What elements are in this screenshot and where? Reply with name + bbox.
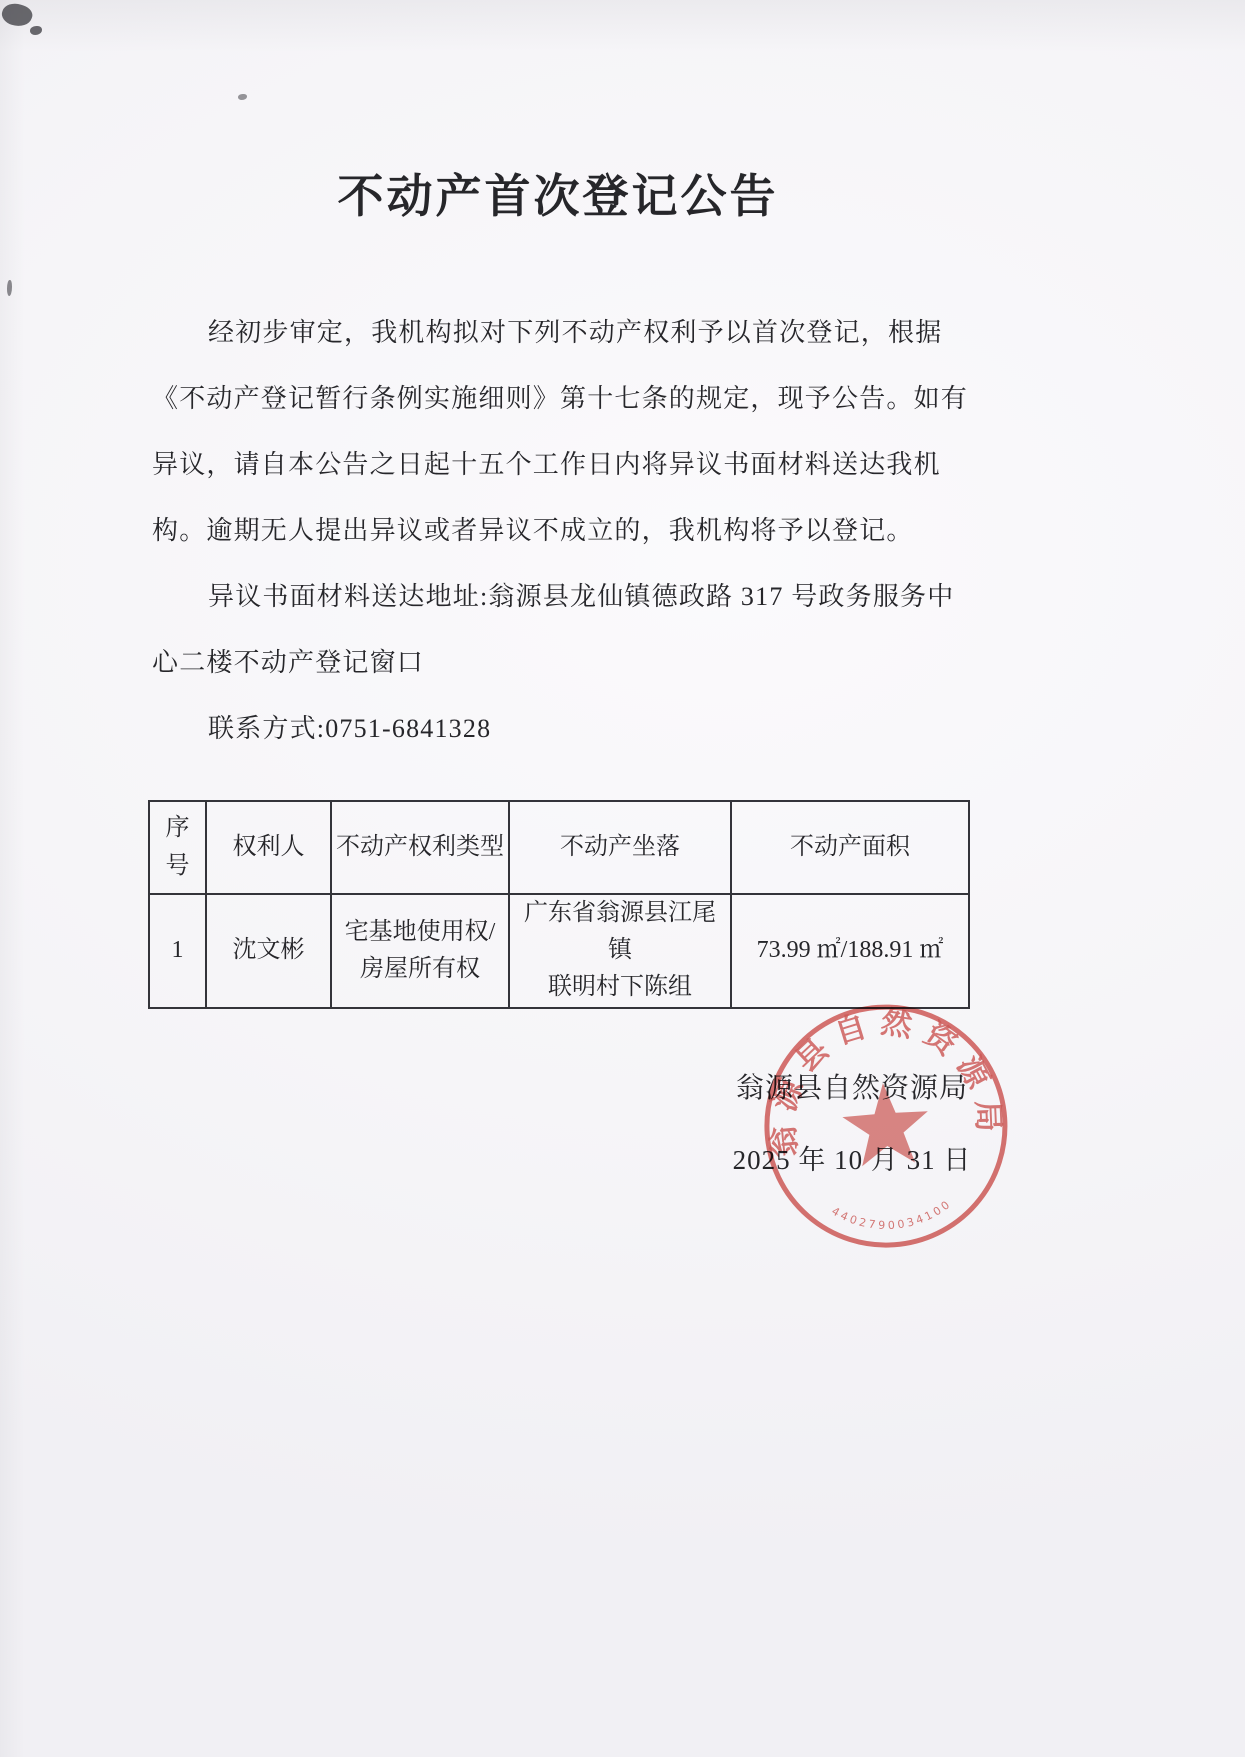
body-line: 构。逾期无人提出异议或者异议不成立的，我机构将予以登记。	[152, 498, 952, 564]
scan-artifact-speck	[7, 280, 12, 296]
header-location: 不动产坐落	[509, 801, 731, 894]
cell-holder: 沈文彬	[206, 894, 331, 1008]
body-line-contact: 联系方式:0751-6841328	[152, 696, 952, 762]
cell-index: 1	[149, 894, 206, 1008]
scanned-document-page: 不动产首次登记公告 经初步审定，我机构拟对下列不动产权利予以首次登记，根据 《不…	[0, 0, 1245, 1757]
body-line: 《不动产登记暂行条例实施细则》第十七条的规定，现予公告。如有	[152, 366, 952, 432]
body-line-address-cont: 心二楼不动产登记窗口	[152, 630, 952, 696]
scan-artifact-speck	[30, 26, 42, 35]
body-line: 异议，请自本公告之日起十五个工作日内将异议书面材料送达我机	[152, 432, 952, 498]
official-seal: 翁源县自然资源局 4402790034100	[747, 987, 1027, 1267]
header-index: 序号	[149, 801, 206, 894]
cell-right-type: 宅基地使用权/ 房屋所有权	[331, 894, 509, 1008]
cell-location: 广东省翁源县江尾镇 联明村下陈组	[509, 894, 731, 1008]
scan-artifact-speck	[238, 94, 247, 100]
header-holder: 权利人	[206, 801, 331, 894]
body-line-address: 异议书面材料送达地址:翁源县龙仙镇德政路 317 号政务服务中	[152, 564, 952, 630]
seal-serial-number: 4402790034100	[829, 1196, 956, 1236]
scan-artifact-speck	[0, 0, 35, 30]
table-row: 1 沈文彬 宅基地使用权/ 房屋所有权 广东省翁源县江尾镇 联明村下陈组 73.…	[149, 894, 969, 1008]
page-title: 不动产首次登记公告	[148, 160, 968, 226]
table-header-row: 序号 权利人 不动产权利类型 不动产坐落 不动产面积	[149, 801, 969, 894]
announcement-body: 经初步审定，我机构拟对下列不动产权利予以首次登记，根据 《不动产登记暂行条例实施…	[152, 300, 952, 762]
header-right-type: 不动产权利类型	[331, 801, 509, 894]
property-registration-table: 序号 权利人 不动产权利类型 不动产坐落 不动产面积 1 沈文彬 宅基地使用权/…	[148, 800, 970, 1009]
header-area: 不动产面积	[731, 801, 969, 894]
star-icon	[840, 1080, 931, 1167]
cell-area: 73.99 ㎡/188.91 ㎡	[731, 894, 969, 1008]
body-line: 经初步审定，我机构拟对下列不动产权利予以首次登记，根据	[152, 300, 952, 366]
